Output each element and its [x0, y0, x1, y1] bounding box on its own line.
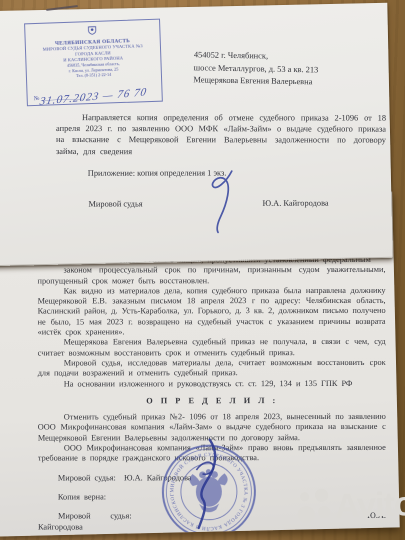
judge-signature — [202, 168, 247, 235]
judge-label: Мировой судья: — [58, 473, 116, 482]
cover-letter-sheet: ЧЕЛЯБИНСКАЯ ОБЛАСТЬ МИРОВОЙ СУДЬЯ СУДЕБН… — [0, 3, 393, 266]
judge-signature-over-seal — [180, 435, 230, 536]
court-corner-stamp: ЧЕЛЯБИНСКАЯ ОБЛАСТЬ МИРОВОЙ СУДЬЯ СУДЕБН… — [24, 19, 163, 107]
avito-logo-dots-icon — [296, 488, 334, 527]
recipient-address-block: 454052 г. Челябинск, шоссе Металлургов, … — [193, 49, 380, 90]
handwritten-outgoing-number: 31.07.2023 — 76 70 — [39, 86, 148, 108]
judge-name: Ю.А. Кайгородова — [262, 199, 328, 208]
judge-label: Мировой судья: — [58, 512, 132, 521]
ruling-paragraph: Мещерякова Евгения Валерьевна судебный п… — [38, 337, 386, 358]
judge-title: Мировой судья — [88, 199, 142, 208]
ruling-heading: О П Р Е Д Е Л И Л : — [38, 396, 386, 407]
ruling-paragraph: На основании изложенного и руководствуяс… — [38, 378, 386, 389]
ruling-paragraph: Мировой судья, исследовав материалы дела… — [38, 358, 386, 379]
avito-logo-text: Avito — [334, 487, 405, 524]
photo-of-court-documents: На основании ст.112 ГПК РФ лицам, пропус… — [0, 0, 405, 540]
ruling-paragraph: законом процессуальный срок по причинам,… — [38, 265, 386, 286]
avito-watermark: Avito — [296, 485, 405, 527]
coat-of-arms-icon — [87, 26, 98, 35]
ruling-paragraph: Как видно из материалов дела, копия суде… — [38, 286, 386, 338]
letter-body-paragraph: Направляется копия определения об отмене… — [56, 112, 386, 157]
recipient-line: Мещерякова Евгения Валерьевна — [193, 74, 379, 90]
